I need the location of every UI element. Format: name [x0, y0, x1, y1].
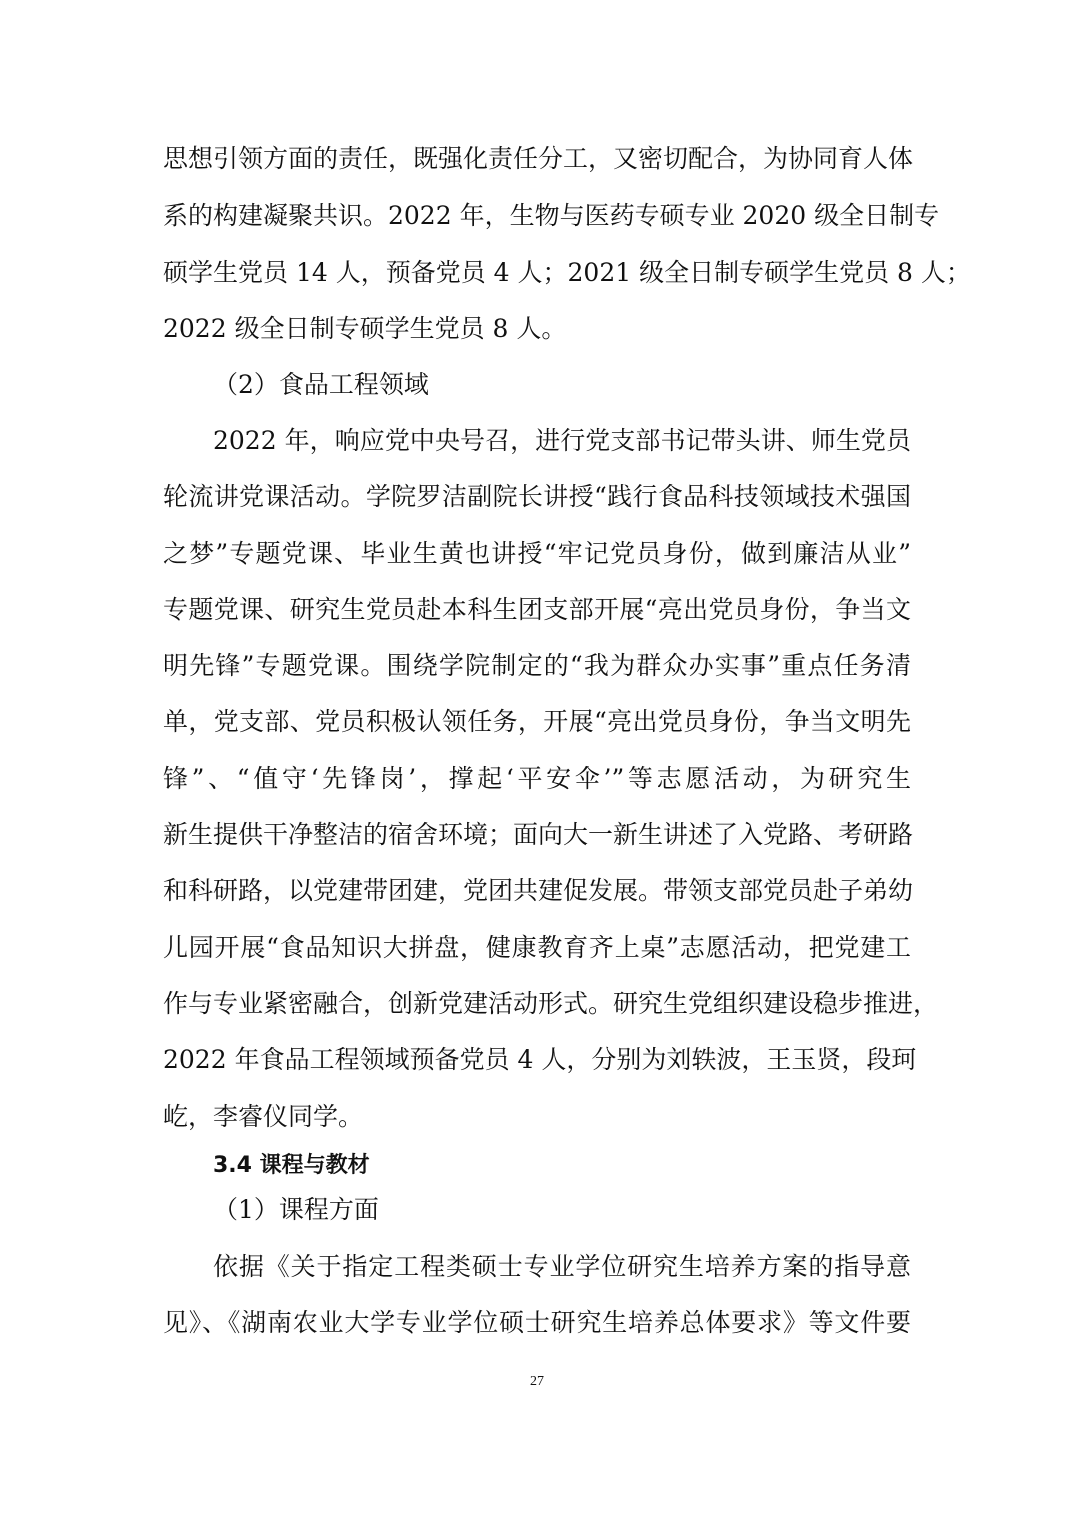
text-line: 新生提供干净整洁的宿舍环境；面向大一新生讲述了入党路、考研路 — [163, 819, 911, 851]
document-page: 思想引领方面的责任，既强化责任分工，又密切配合，为协同育人体系的构建凝聚共识。2… — [0, 0, 1074, 1520]
text-line: 2022 级全日制专硕学生党员 8 人。 — [163, 313, 911, 345]
subsection-heading: （1）课程方面 — [213, 1194, 961, 1226]
section-heading: 3.4 课程与教材 — [213, 1150, 961, 1182]
text-line: 2022 年食品工程领域预备党员 4 人，分别为刘轶波，王玉贤，段珂 — [163, 1044, 911, 1076]
text-line: 儿园开展“食品知识大拼盘，健康教育齐上桌”志愿活动，把党建工 — [163, 932, 911, 964]
text-line: 硕学生党员 14 人，预备党员 4 人；2021 级全日制专硕学生党员 8 人； — [163, 257, 911, 289]
text-line: 轮流讲党课活动。学院罗洁副院长讲授“践行食品科技领域技术强国 — [163, 481, 911, 513]
text-line: 见》、《湖南农业大学专业学位硕士研究生培养总体要求》等文件要 — [163, 1307, 911, 1339]
text-line: 系的构建凝聚共识。2022 年，生物与医药专硕专业 2020 级全日制专 — [163, 200, 911, 232]
text-line: 和科研路，以党建带团建，党团共建促发展。带领支部党员赴子弟幼 — [163, 875, 911, 907]
subsection-heading: （2）食品工程领域 — [213, 369, 961, 401]
text-line: 思想引领方面的责任，既强化责任分工，又密切配合，为协同育人体 — [163, 143, 911, 175]
text-line: 作与专业紧密融合，创新党建活动形式。研究生党组织建设稳步推进， — [163, 988, 911, 1020]
text-line: 明先锋”专题党课。围绕学院制定的“我为群众办实事”重点任务清 — [163, 650, 911, 682]
text-line: 单，党支部、党员积极认领任务，开展“亮出党员身份，争当文明先 — [163, 706, 911, 738]
text-line: 2022 年，响应党中央号召，进行党支部书记带头讲、师生党员 — [213, 425, 911, 457]
text-line: 依据《关于指定工程类硕士专业学位研究生培养方案的指导意 — [213, 1251, 911, 1283]
text-line: 之梦”专题党课、毕业生黄也讲授“牢记党员身份，做到廉洁从业” — [163, 538, 911, 570]
page-number: 27 — [0, 1374, 1074, 1390]
text-line: 屹，李睿仪同学。 — [163, 1101, 911, 1133]
text-line: 专题党课、研究生党员赴本科生团支部开展“亮出党员身份，争当文 — [163, 594, 911, 626]
text-line: 锋”、“值守‘先锋岗’，撑起‘平安伞’”等志愿活动，为研究生 — [163, 763, 911, 795]
